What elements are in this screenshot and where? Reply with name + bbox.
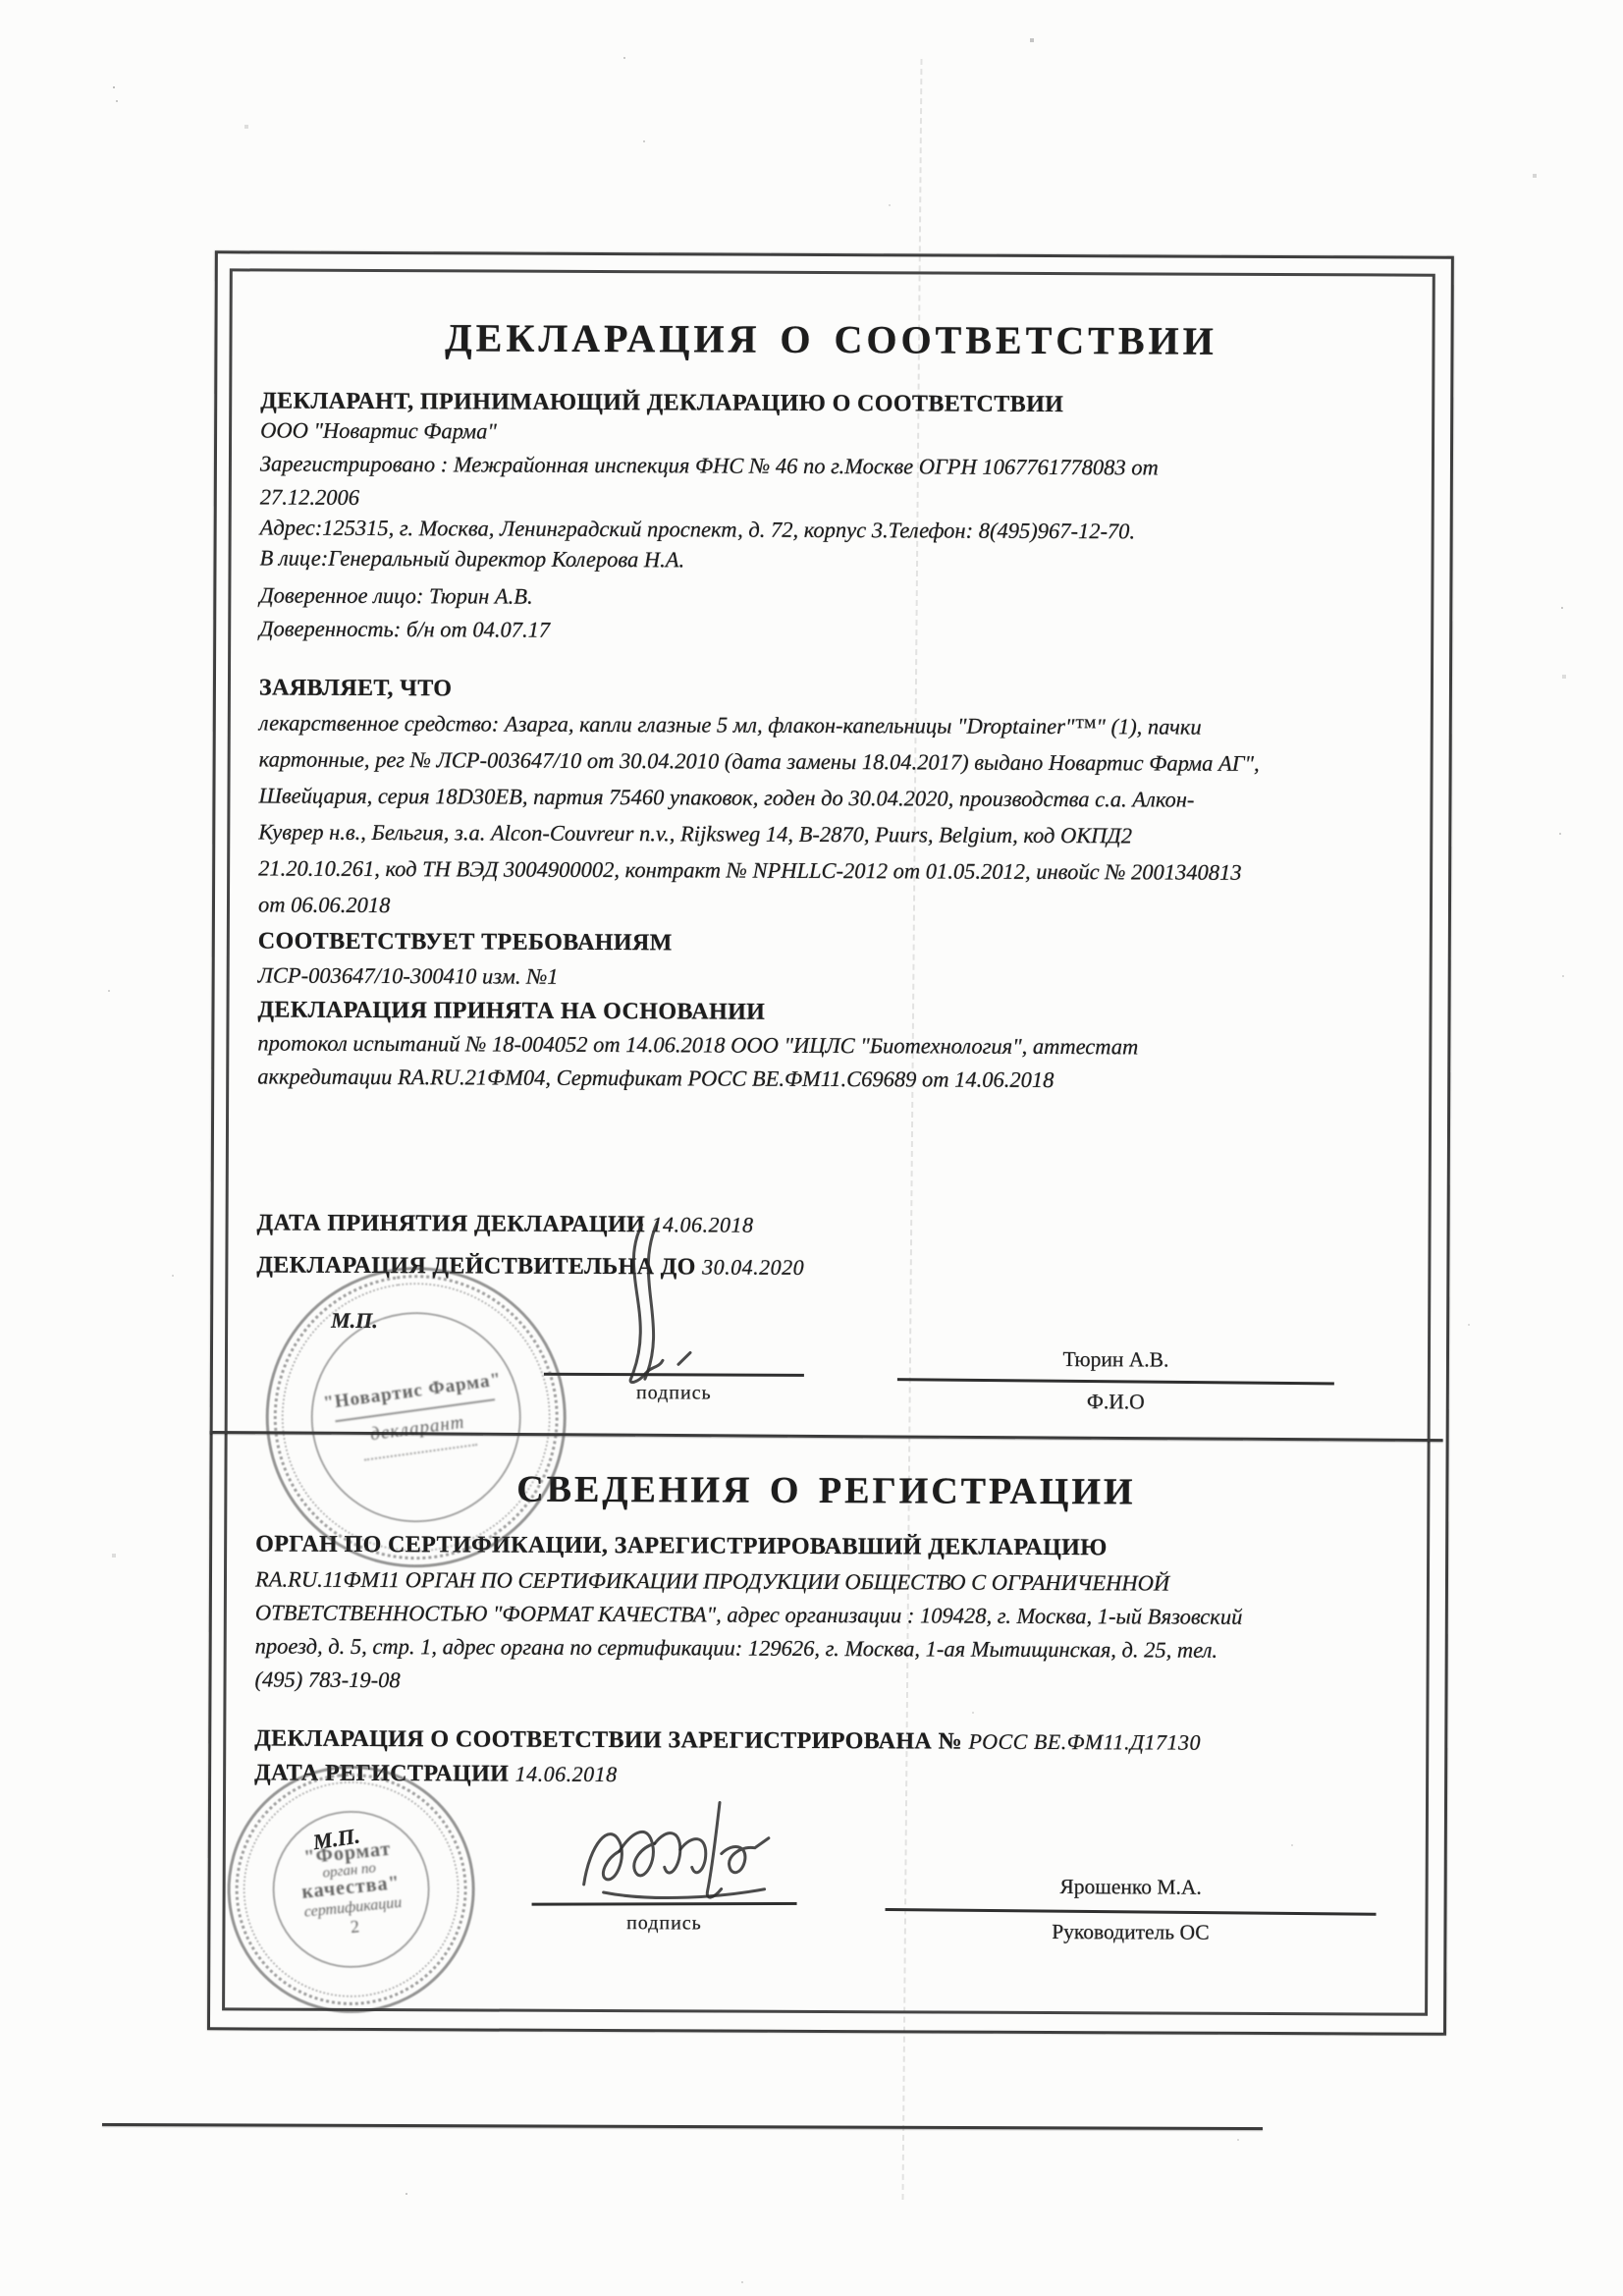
registered-number-row: ДЕКЛАРАЦИЯ О СООТВЕТСТВИИ ЗАРЕГИСТРИРОВА… [254, 1725, 1201, 1756]
stamp-inner-text: "Формат орган по качества" сертификации … [261, 1799, 442, 1980]
declares-heading: ЗАЯВЛЯЕТ, ЧТО [259, 675, 453, 702]
declares-line: Швейцария, серия 18D30EB, партия 75460 у… [258, 783, 1194, 812]
basis-line: протокол испытаний № 18-004052 от 14.06.… [257, 1030, 1138, 1060]
complies-heading: СООТВЕТСТВУЕТ ТРЕБОВАНИЯМ [258, 928, 673, 957]
page-title: ДЕКЛАРАЦИЯ О СООТВЕТСТВИИ [214, 313, 1447, 364]
authority-line: ОТВЕТСТВЕННОСТЬЮ "ФОРМАТ КАЧЕСТВА", адре… [255, 1600, 1243, 1629]
registration-date-value: 14.06.2018 [515, 1762, 618, 1786]
document: ДЕКЛАРАЦИЯ О СООТВЕТСТВИИ ДЕКЛАРАНТ, ПРИ… [0, 0, 1623, 2296]
declarant-line: Доверенность: б/н от 04.07.17 [259, 616, 550, 642]
valid-until-row: ДЕКЛАРАЦИЯ ДЕЙСТВИТЕЛЬНА ДО 30.04.2020 [256, 1252, 804, 1281]
stamp-role: декларант [369, 1412, 466, 1447]
authority-line: RA.RU.11ФМ11 ОРГАН ПО СЕРТИФИКАЦИИ ПРОДУ… [255, 1566, 1169, 1596]
declares-line: от 06.06.2018 [258, 892, 390, 918]
signatory-name-1: Тюрин А.В. [897, 1346, 1334, 1373]
basis-heading: ДЕКЛАРАЦИЯ ПРИНЯТА НА ОСНОВАНИИ [257, 997, 765, 1025]
authority-line: проезд, д. 5, стр. 1, адрес органа по се… [255, 1633, 1217, 1663]
signatory-name-2: Ярошенко М.А. [886, 1874, 1377, 1900]
adoption-date-label: ДАТА ПРИНЯТИЯ ДЕКЛАРАЦИИ [257, 1210, 646, 1237]
handwritten-signature-2 [576, 1794, 792, 1908]
declarant-line: 27.12.2006 [260, 484, 359, 510]
declarant-line: Зарегистрировано : Межрайонная инспекция… [260, 451, 1159, 480]
stamp-org-name: "Новартис Фарма" [322, 1369, 503, 1414]
basis-line: аккредитации RA.RU.21ФМ04, Сертификат РО… [257, 1064, 1054, 1093]
declares-line: Куврер н.в., Бельгия, з.а. Alcon-Couvreu… [258, 819, 1132, 848]
stamp-rule [364, 1444, 477, 1461]
declares-line: картонные, рег № ЛСР-003647/10 от 30.04.… [259, 746, 1260, 776]
signature-label-2: подпись [531, 1912, 796, 1936]
declarant-heading: ДЕКЛАРАНТ, ПРИНИМАЮЩИЙ ДЕКЛАРАЦИЮ О СООТ… [260, 388, 1063, 418]
stamp-inner-text: "Новартис Фарма" декларант [300, 1301, 532, 1533]
declares-line: лекарственное средство: Азарга, капли гл… [259, 710, 1202, 739]
name-label-2: Руководитель ОС [885, 1919, 1376, 1945]
handwritten-signature-1 [600, 1219, 719, 1392]
registered-number-label: ДЕКЛАРАЦИЯ О СООТВЕТСТВИИ ЗАРЕГИСТРИРОВА… [254, 1725, 962, 1754]
scanned-document-page: { "doc": { "title": "ДЕКЛАРАЦИЯ О СООТВЕ… [0, 0, 1623, 2296]
registered-number-value: РОСС ВЕ.ФМ11.Д17130 [968, 1729, 1201, 1755]
authority-line: (495) 783-19-08 [254, 1667, 400, 1693]
declares-line: 21.20.10.261, код ТН ВЭД 3004900002, кон… [258, 855, 1242, 885]
complies-line: ЛСР-003647/10-300410 изм. №1 [258, 962, 559, 989]
name-label-1: Ф.И.О [897, 1389, 1334, 1415]
declarant-line: ООО "Новартис Фарма" [260, 417, 497, 444]
stamp-number: 2 [350, 1916, 360, 1938]
declarant-line: В лице:Генеральный директор Колерова Н.А… [259, 545, 684, 573]
declarant-line: Доверенное лицо: Тюрин А.В. [259, 582, 532, 609]
declarant-line: Адрес:125315, г. Москва, Ленинградский п… [260, 515, 1136, 544]
